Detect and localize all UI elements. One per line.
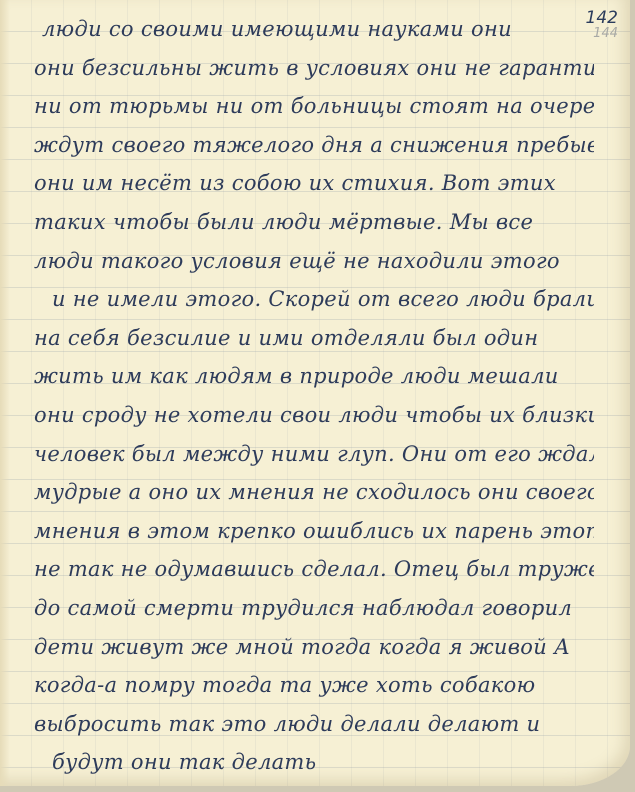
text-line: они безсильны жить в условиях они не гар… — [34, 49, 594, 88]
text-line: будут они так делать — [34, 743, 594, 782]
text-line: дети живут же мной тогда когда я живой А — [34, 628, 594, 667]
notebook-page: 142 144 люди со своими имеющими науками … — [0, 0, 630, 786]
text-line: они сроду не хотели свои люди чтобы их б… — [34, 396, 594, 435]
text-line: выбросить так это люди делали делают и — [34, 705, 594, 744]
text-line: человек был между ними глуп. Они от его … — [34, 435, 594, 474]
text-line: и не имели этого. Скорей от всего люди б… — [34, 280, 594, 319]
text-line: мнения в этом крепко ошиблись их парень … — [34, 512, 594, 551]
text-line: мудрые а оно их мнения не сходилось они … — [34, 473, 594, 512]
text-line: они им несёт из собою их стихия. Вот эти… — [34, 164, 594, 203]
text-line: люди со своими имеющими науками они — [34, 10, 594, 49]
text-line: люди такого условия ещё не находили этог… — [34, 242, 594, 281]
text-line: когда-а помру тогда та уже хоть собакою — [34, 666, 594, 705]
text-line: на себя безсилие и ими отделяли был один — [34, 319, 594, 358]
text-line: до самой смерти трудился наблюдал говори… — [34, 589, 594, 628]
text-line: таких чтобы были люди мёртвые. Мы все — [34, 203, 594, 242]
handwritten-text: люди со своими имеющими науками они они … — [34, 10, 594, 782]
text-line: не так не одумавшись сделал. Отец был тр… — [34, 550, 594, 589]
text-line: ни от тюрьмы ни от больницы стоят на оче… — [34, 87, 594, 126]
page-binding-edge — [0, 0, 10, 786]
text-line: ждут своего тяжелого дня а снижения преб… — [34, 126, 594, 165]
text-line: жить им как людям в природе люди мешали — [34, 357, 594, 396]
